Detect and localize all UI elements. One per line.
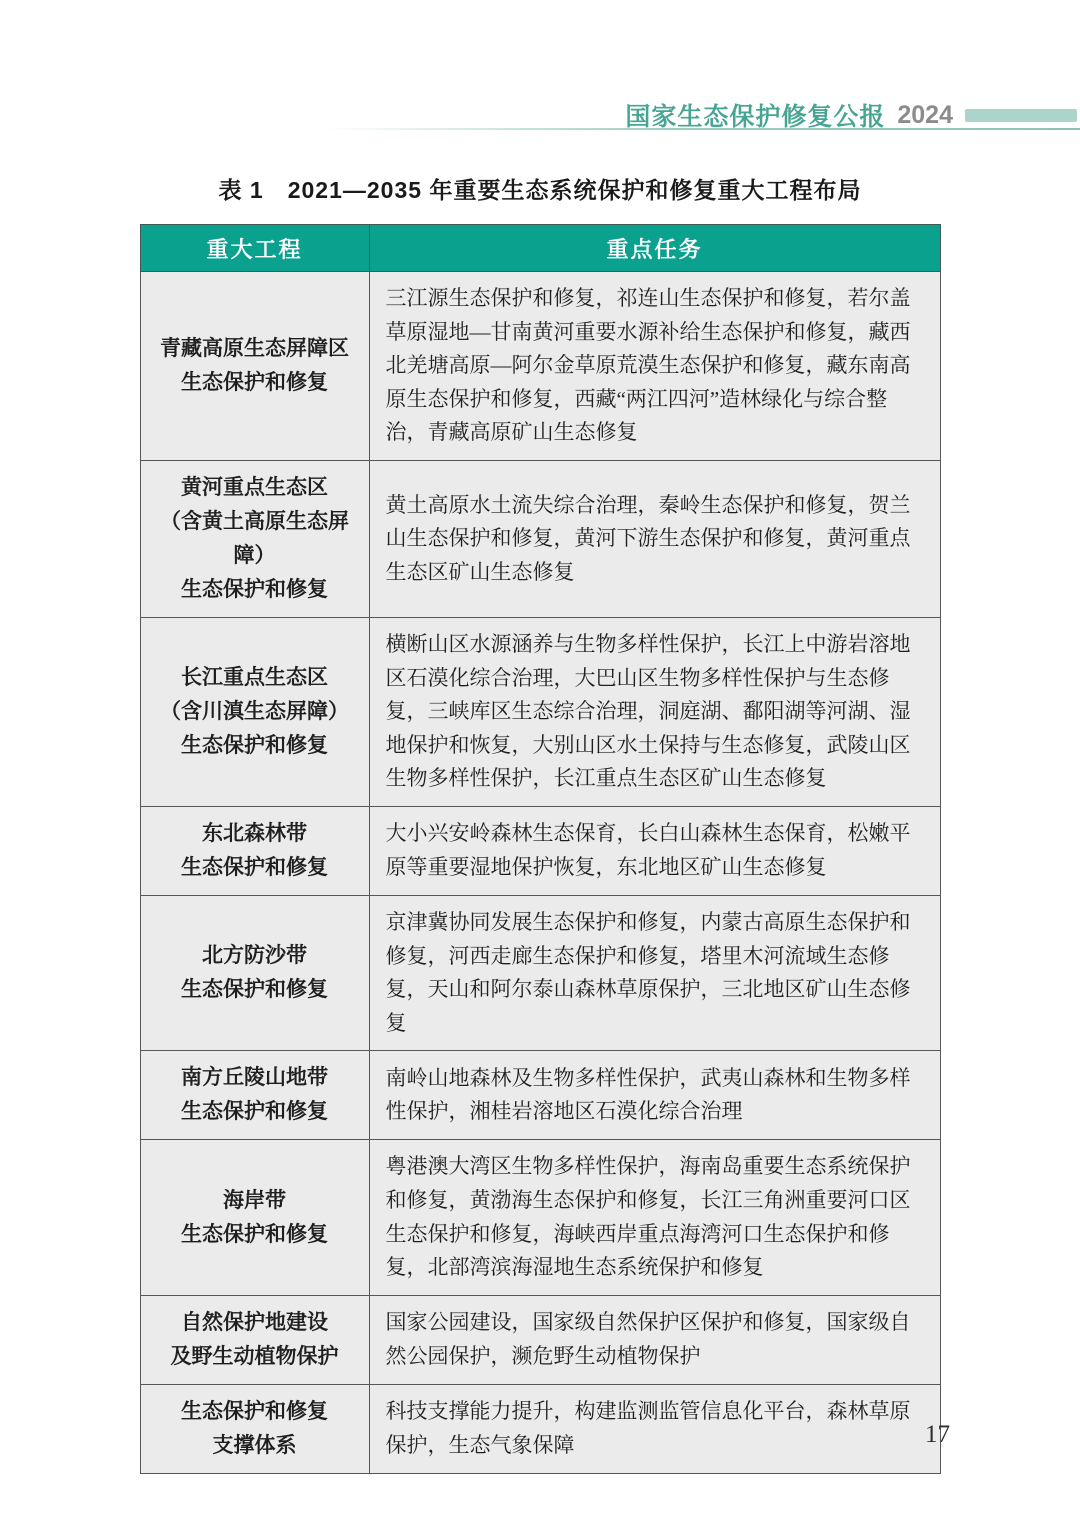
table-row: 南方丘陵山地带生态保护和修复南岭山地森林及生物多样性保护，武夷山森林和生物多样性… <box>140 1051 940 1140</box>
table-row: 黄河重点生态区（含黄土高原生态屏障）生态保护和修复黄土高原水土流失综合治理，秦岭… <box>140 460 940 617</box>
project-name-line: 黄河重点生态区 <box>145 471 365 505</box>
tasks-cell: 粤港澳大湾区生物多样性保护，海南岛重要生态系统保护和修复，黄渤海生态保护和修复，… <box>369 1140 940 1295</box>
project-name-cell: 北方防沙带生态保护和修复 <box>140 896 369 1051</box>
tasks-cell: 科技支撑能力提升，构建监测监管信息化平台，森林草原保护，生态气象保障 <box>369 1384 940 1473</box>
report-page: 国家生态保护修复公报 2024 表 1 2021—2035 年重要生态系统保护和… <box>0 0 1080 1527</box>
project-name-cell: 南方丘陵山地带生态保护和修复 <box>140 1051 369 1140</box>
header-rule <box>0 128 1080 130</box>
project-name-line: 及野生动植物保护 <box>145 1340 365 1374</box>
project-name-line: 生态保护和修复 <box>145 1218 365 1252</box>
table-body: 青藏高原生态屏障区生态保护和修复三江源生态保护和修复，祁连山生态保护和修复，若尔… <box>140 272 940 1474</box>
project-name-cell: 长江重点生态区（含川滇生态屏障）生态保护和修复 <box>140 618 369 807</box>
project-name-line: 南方丘陵山地带 <box>145 1061 365 1095</box>
project-name-cell: 青藏高原生态屏障区生态保护和修复 <box>140 272 369 461</box>
major-projects-table: 重大工程 重点任务 青藏高原生态屏障区生态保护和修复三江源生态保护和修复，祁连山… <box>140 224 941 1474</box>
column-header-project: 重大工程 <box>140 225 369 272</box>
project-name-cell: 海岸带生态保护和修复 <box>140 1140 369 1295</box>
table-row: 北方防沙带生态保护和修复京津冀协同发展生态保护和修复，内蒙古高原生态保护和修复，… <box>140 896 940 1051</box>
project-name-line: 海岸带 <box>145 1184 365 1218</box>
page-number: 17 <box>925 1421 950 1449</box>
table-row: 海岸带生态保护和修复粤港澳大湾区生物多样性保护，海南岛重要生态系统保护和修复，黄… <box>140 1140 940 1295</box>
tasks-cell: 大小兴安岭森林生态保育，长白山森林生态保育，松嫩平原等重要湿地保护恢复，东北地区… <box>369 807 940 896</box>
table-row: 长江重点生态区（含川滇生态屏障）生态保护和修复横断山区水源涵养与生物多样性保护，… <box>140 618 940 807</box>
project-name-cell: 东北森林带生态保护和修复 <box>140 807 369 896</box>
project-name-line: 生态保护和修复 <box>145 573 365 607</box>
tasks-cell: 横断山区水源涵养与生物多样性保护，长江上中游岩溶地区石漠化综合治理，大巴山区生物… <box>369 618 940 807</box>
project-name-line: 长江重点生态区 <box>145 661 365 695</box>
tasks-cell: 国家公园建设，国家级自然保护区保护和修复，国家级自然公园保护，濒危野生动植物保护 <box>369 1295 940 1384</box>
project-name-line: 自然保护地建设 <box>145 1306 365 1340</box>
project-name-cell: 黄河重点生态区（含黄土高原生态屏障）生态保护和修复 <box>140 460 369 617</box>
table-row: 青藏高原生态屏障区生态保护和修复三江源生态保护和修复，祁连山生态保护和修复，若尔… <box>140 272 940 461</box>
table-header-row: 重大工程 重点任务 <box>140 225 940 272</box>
project-name-line: 生态保护和修复 <box>145 851 365 885</box>
tasks-cell: 黄土高原水土流失综合治理，秦岭生态保护和修复，贺兰山生态保护和修复，黄河下游生态… <box>369 460 940 617</box>
table-row: 自然保护地建设及野生动植物保护国家公园建设，国家级自然保护区保护和修复，国家级自… <box>140 1295 940 1384</box>
project-name-line: （含黄土高原生态屏障） <box>145 505 365 573</box>
project-name-line: 东北森林带 <box>145 817 365 851</box>
project-name-line: 生态保护和修复 <box>145 1395 365 1429</box>
tasks-cell: 三江源生态保护和修复，祁连山生态保护和修复，若尔盖草原湿地—甘南黄河重要水源补给… <box>369 272 940 461</box>
column-header-tasks: 重点任务 <box>369 225 940 272</box>
report-year: 2024 <box>897 101 953 130</box>
project-name-line: 生态保护和修复 <box>145 729 365 763</box>
project-name-line: 支撑体系 <box>145 1429 365 1463</box>
header-accent-bar <box>965 109 1077 122</box>
tasks-cell: 京津冀协同发展生态保护和修复，内蒙古高原生态保护和修复，河西走廊生态保护和修复，… <box>369 896 940 1051</box>
project-name-line: 青藏高原生态屏障区 <box>145 332 365 366</box>
page-content: 表 1 2021—2035 年重要生态系统保护和修复重大工程布局 重大工程 重点… <box>0 0 1080 1474</box>
project-name-line: （含川滇生态屏障） <box>145 695 365 729</box>
project-name-cell: 自然保护地建设及野生动植物保护 <box>140 1295 369 1384</box>
project-name-line: 生态保护和修复 <box>145 366 365 400</box>
project-name-cell: 生态保护和修复支撑体系 <box>140 1384 369 1473</box>
project-name-line: 北方防沙带 <box>145 939 365 973</box>
table-title: 表 1 2021—2035 年重要生态系统保护和修复重大工程布局 <box>0 172 1080 205</box>
table-row: 东北森林带生态保护和修复大小兴安岭森林生态保育，长白山森林生态保育，松嫩平原等重… <box>140 807 940 896</box>
project-name-line: 生态保护和修复 <box>145 1095 365 1129</box>
project-name-line: 生态保护和修复 <box>145 973 365 1007</box>
tasks-cell: 南岭山地森林及生物多样性保护，武夷山森林和生物多样性保护，湘桂岩溶地区石漠化综合… <box>369 1051 940 1140</box>
table-row: 生态保护和修复支撑体系科技支撑能力提升，构建监测监管信息化平台，森林草原保护，生… <box>140 1384 940 1473</box>
